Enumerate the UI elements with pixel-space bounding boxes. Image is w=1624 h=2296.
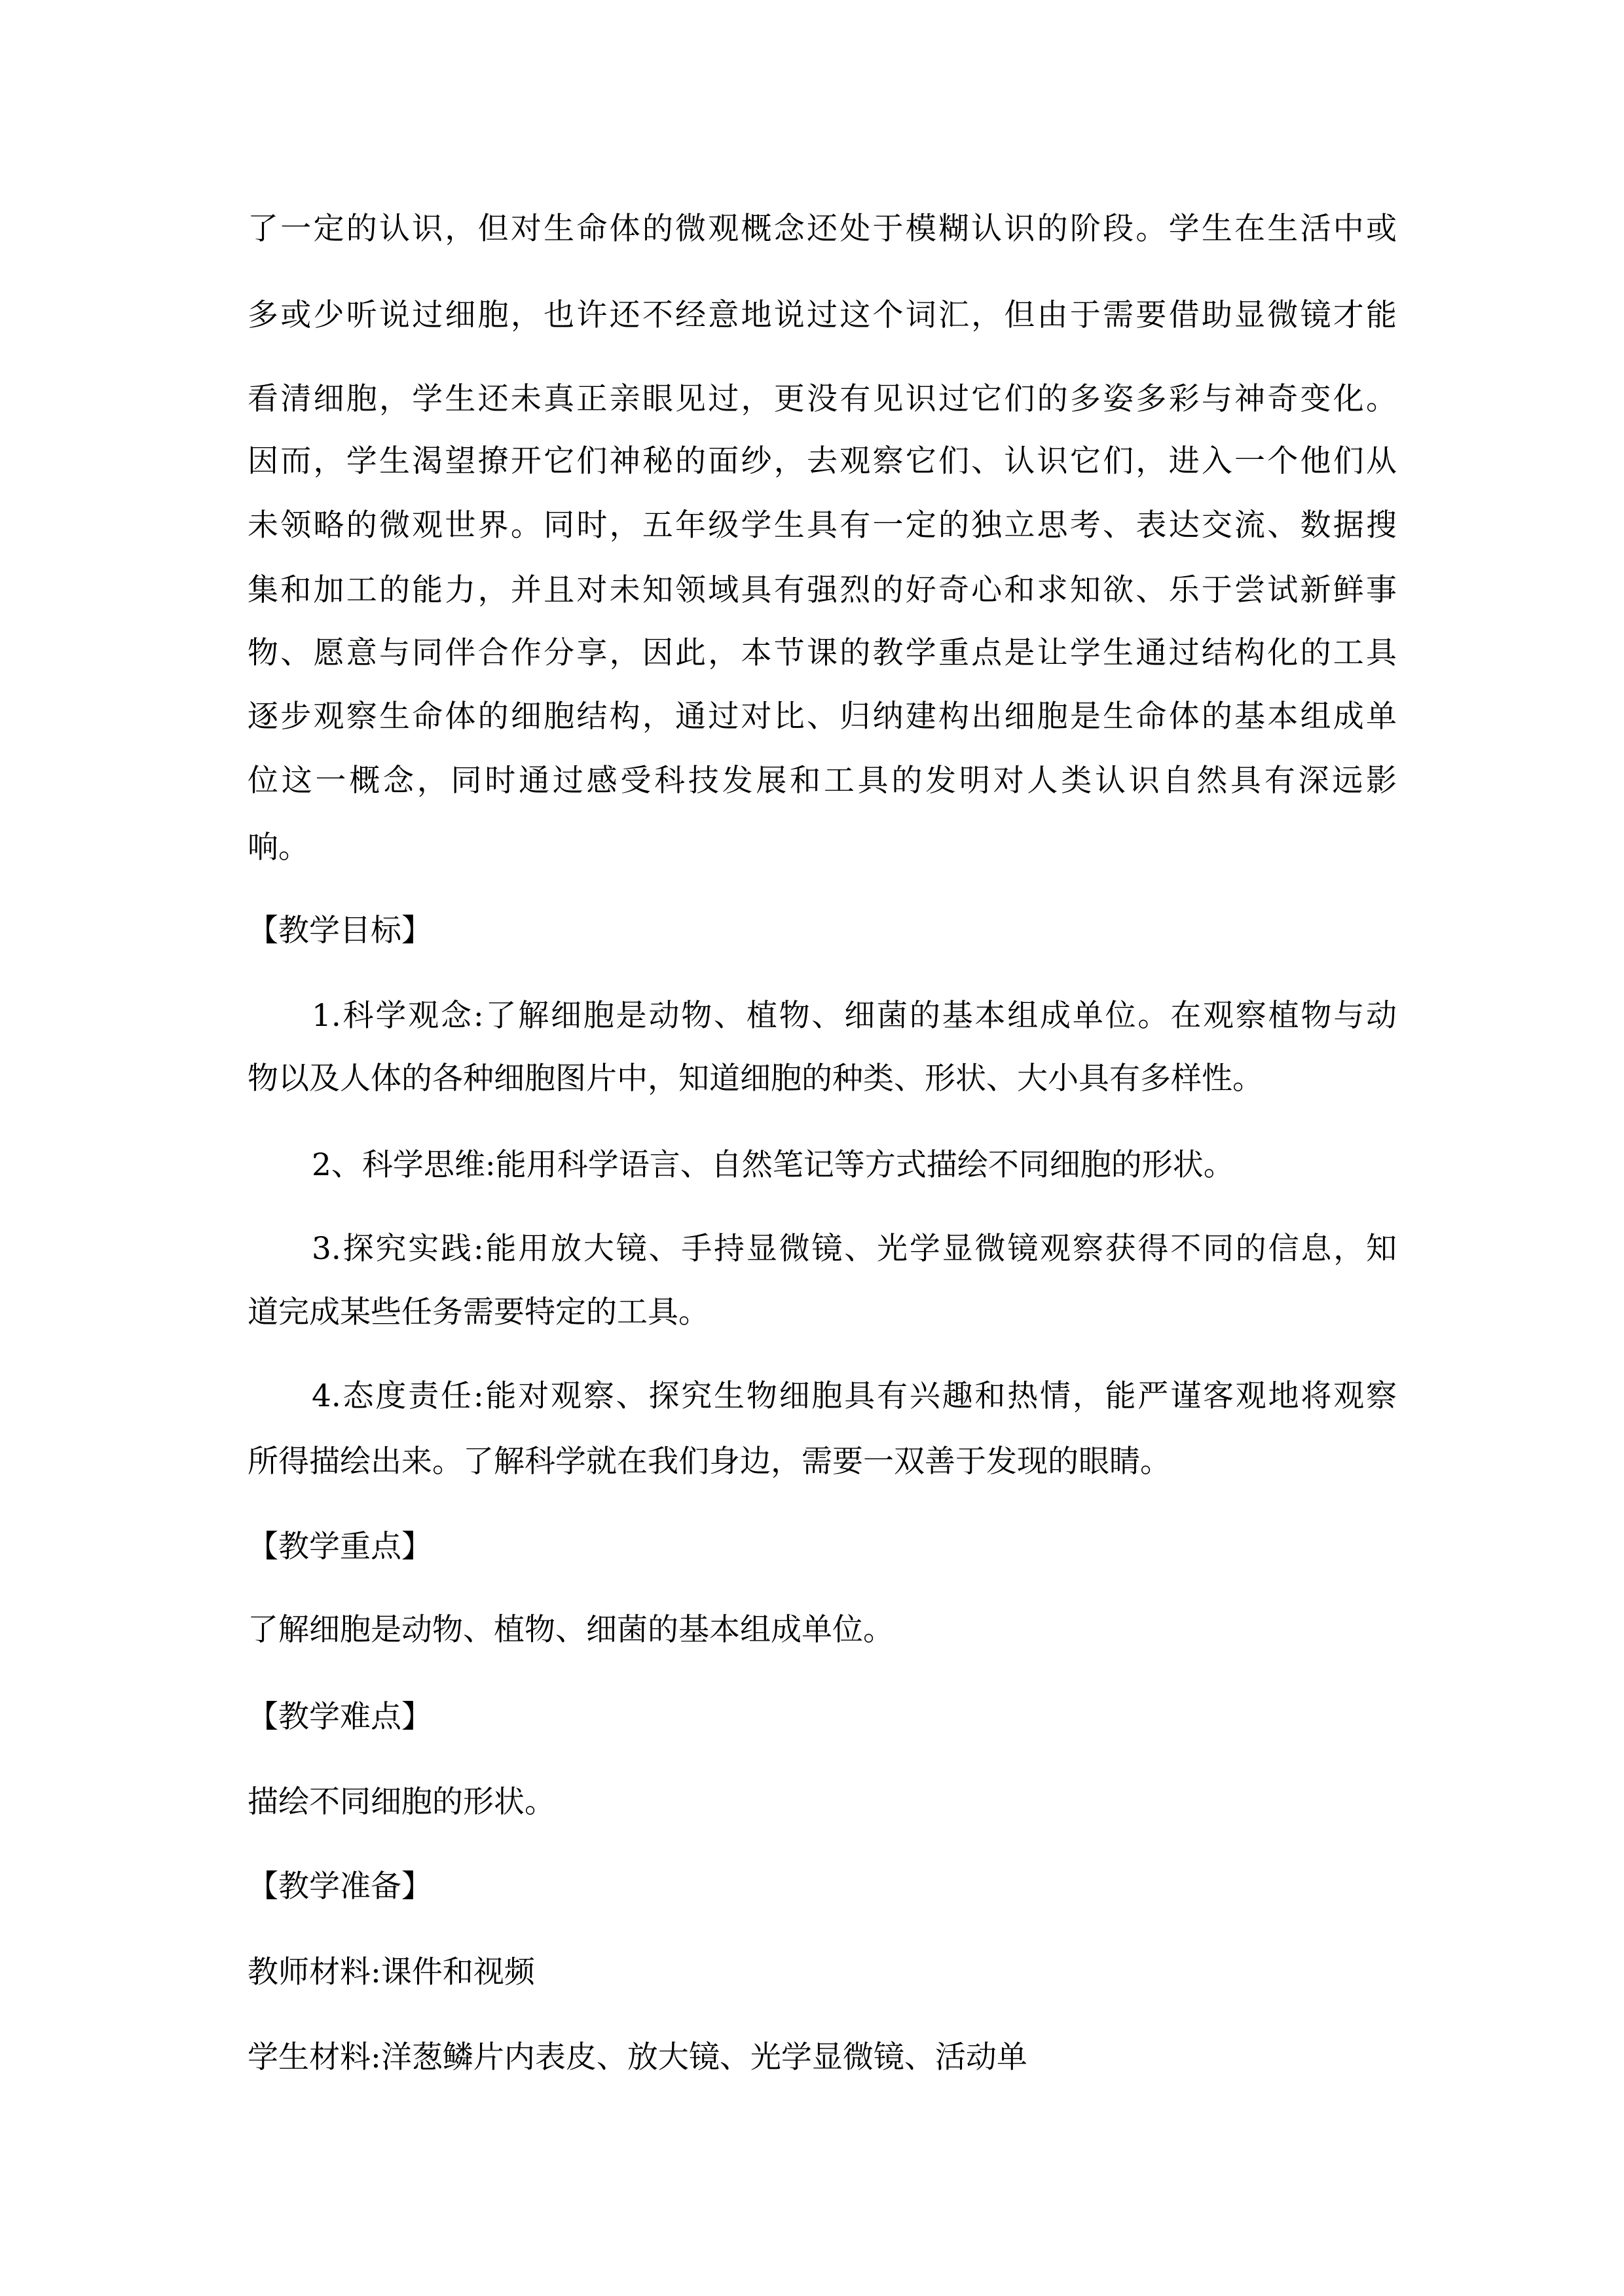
paragraph-line: 集和加工的能力，并且对未知领域具有强烈的好奇心和求知欲、乐于尝试新鲜事 (248, 572, 1397, 609)
student-materials: 学生材料:洋葱鳞片内表皮、放大镜、光学显微镜、活动单 (248, 2039, 1027, 2076)
section-heading-preparation: 【教学准备】 (248, 1868, 432, 1905)
paragraph-line: 多或少听说过细胞，也许还不经意地说过这个词汇，但由于需要借助显微镜才能 (248, 297, 1397, 334)
paragraph-line: 看清细胞，学生还未真正亲眼见过，更没有见识过它们的多姿多彩与神奇变化。 (248, 381, 1397, 418)
section-heading-key-point: 【教学重点】 (248, 1529, 432, 1565)
objective-item-1: 1.科学观念:了解细胞是动物、植物、细菌的基本组成单位。在观察植物与动 (312, 998, 1397, 1034)
objective-item-4-continuation: 所得描绘出来。了解科学就在我们身边，需要一双善于发现的眼睛。 (248, 1444, 1171, 1480)
objective-item-3-continuation: 道完成某些任务需要特定的工具。 (248, 1294, 709, 1331)
paragraph-line: 响。 (248, 829, 309, 866)
teacher-materials: 教师材料:课件和视频 (248, 1954, 535, 1991)
paragraph-line: 未领略的微观世界。同时，五年级学生具有一定的独立思考、表达交流、数据搜 (248, 507, 1397, 544)
objective-item-3: 3.探究实践:能用放大镜、手持显微镜、光学显微镜观察获得不同的信息，知 (312, 1231, 1397, 1267)
objective-item-4: 4.态度责任:能对观察、探究生物细胞具有兴趣和热情，能严谨客观地将观察 (312, 1378, 1397, 1415)
section-heading-objectives: 【教学目标】 (248, 913, 432, 949)
difficulty-text: 描绘不同细胞的形状。 (248, 1784, 555, 1821)
paragraph-line: 物、愿意与同伴合作分享，因此，本节课的教学重点是让学生通过结构化的工具 (248, 635, 1397, 672)
paragraph-line: 逐步观察生命体的细胞结构，通过对比、归纳建构出细胞是生命体的基本组成单 (248, 699, 1397, 735)
key-point-text: 了解细胞是动物、植物、细菌的基本组成单位。 (248, 1612, 894, 1649)
paragraph-line: 位这一概念，同时通过感受科技发展和工具的发明对人类认识自然具有深远影 (248, 763, 1397, 799)
objective-item-1-continuation: 物以及人体的各种细胞图片中，知道细胞的种类、形状、大小具有多样性。 (248, 1061, 1263, 1097)
paragraph-line: 因而，学生渴望撩开它们神秘的面纱，去观察它们、认识它们，进入一个他们从 (248, 443, 1397, 480)
paragraph-line: 了一定的认识，但对生命体的微观概念还处于模糊认识的阶段。学生在生活中或 (248, 211, 1397, 247)
objective-item-2: 2、科学思维:能用科学语言、自然笔记等方式描绘不同细胞的形状。 (312, 1147, 1234, 1184)
section-heading-difficulty: 【教学难点】 (248, 1699, 432, 1736)
document-page: 了一定的认识，但对生命体的微观概念还处于模糊认识的阶段。学生在生活中或 多或少听… (0, 0, 1624, 2296)
